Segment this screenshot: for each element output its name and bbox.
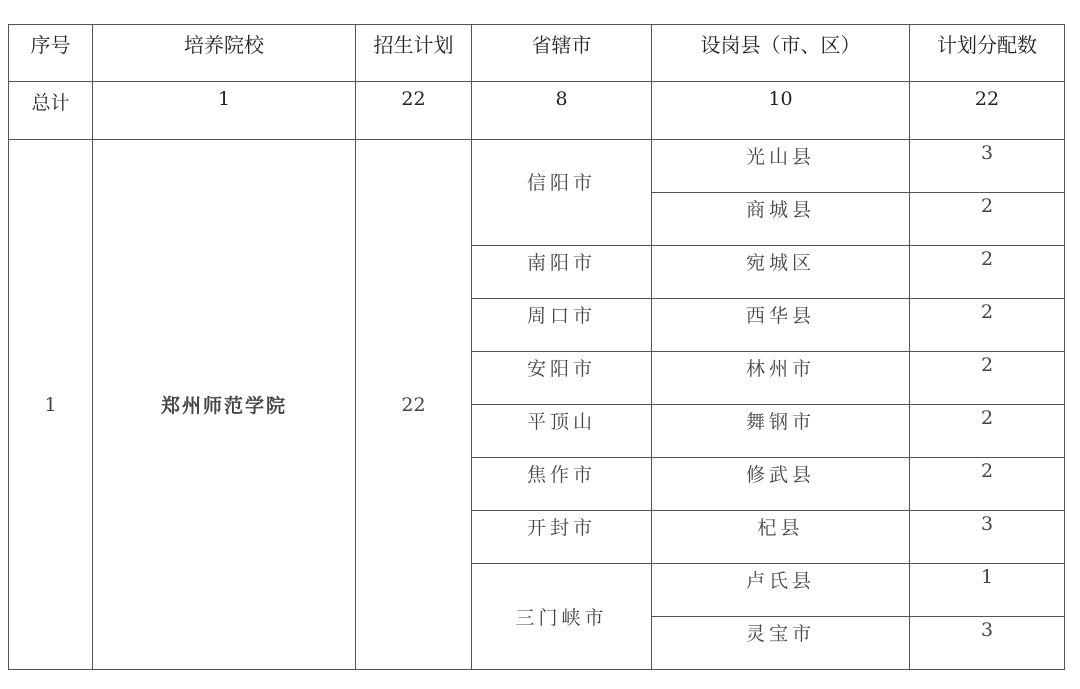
city-cell: 信阳市: [472, 140, 652, 246]
total-allocation: 22: [910, 82, 1065, 140]
county-cell: 西华县: [652, 299, 910, 352]
city-cell: 三门峡市: [472, 564, 652, 670]
header-row: 序号 培养院校 招生计划 省辖市 设岗县（市、区） 计划分配数: [9, 25, 1065, 82]
count-cell: 2: [910, 352, 1065, 405]
county-cell: 灵宝市: [652, 617, 910, 670]
allocation-table: 序号 培养院校 招生计划 省辖市 设岗县（市、区） 计划分配数 总计 1 22 …: [8, 24, 1065, 670]
count-cell: 2: [910, 458, 1065, 511]
total-enrollment: 22: [356, 82, 472, 140]
total-counties: 10: [652, 82, 910, 140]
county-cell: 宛城区: [652, 246, 910, 299]
count-cell: 2: [910, 405, 1065, 458]
total-label: 总计: [9, 82, 93, 140]
county-cell: 光山县: [652, 140, 910, 193]
entry-school: 郑州师范学院: [93, 140, 356, 670]
header-enrollment: 招生计划: [356, 25, 472, 82]
header-city: 省辖市: [472, 25, 652, 82]
city-cell: 平顶山: [472, 405, 652, 458]
count-cell: 3: [910, 140, 1065, 193]
header-county: 设岗县（市、区）: [652, 25, 910, 82]
county-cell: 卢氏县: [652, 564, 910, 617]
total-schools: 1: [93, 82, 356, 140]
city-cell: 南阳市: [472, 246, 652, 299]
count-cell: 2: [910, 193, 1065, 246]
county-cell: 舞钢市: [652, 405, 910, 458]
count-cell: 2: [910, 246, 1065, 299]
city-cell: 周口市: [472, 299, 652, 352]
header-allocation: 计划分配数: [910, 25, 1065, 82]
total-row: 总计 1 22 8 10 22: [9, 82, 1065, 140]
entry-enrollment: 22: [356, 140, 472, 670]
city-cell: 焦作市: [472, 458, 652, 511]
county-cell: 商城县: [652, 193, 910, 246]
header-index: 序号: [9, 25, 93, 82]
count-cell: 3: [910, 511, 1065, 564]
county-cell: 杞县: [652, 511, 910, 564]
city-cell: 安阳市: [472, 352, 652, 405]
count-cell: 2: [910, 299, 1065, 352]
count-cell: 1: [910, 564, 1065, 617]
county-cell: 修武县: [652, 458, 910, 511]
table-row: 1 郑州师范学院 22 信阳市 光山县 3: [9, 140, 1065, 193]
count-cell: 3: [910, 617, 1065, 670]
city-cell: 开封市: [472, 511, 652, 564]
county-cell: 林州市: [652, 352, 910, 405]
header-school: 培养院校: [93, 25, 356, 82]
total-cities: 8: [472, 82, 652, 140]
entry-index: 1: [9, 140, 93, 670]
